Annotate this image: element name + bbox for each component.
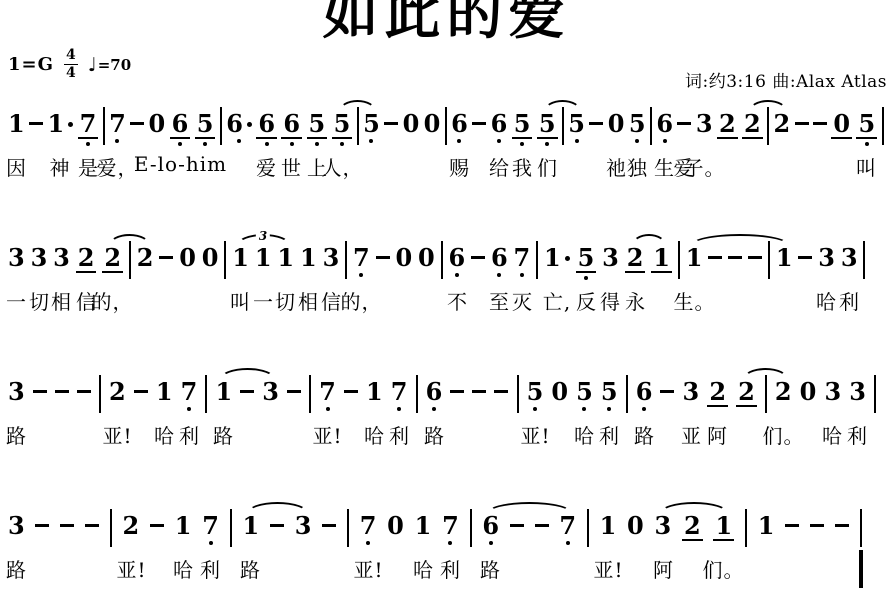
note: 5 [629, 112, 646, 143]
lyric-syllable: 亡, [543, 286, 571, 315]
note: 3 [655, 514, 672, 538]
duration-dash [344, 390, 358, 393]
duration-dash [33, 390, 47, 393]
lyric-syllable: 利 [599, 420, 620, 449]
duration-dash [660, 390, 674, 393]
lyric-syllable: 相 [298, 286, 319, 315]
barline [874, 375, 876, 413]
rest-note: 0 [403, 112, 420, 136]
note: 7 [181, 380, 198, 411]
note: 3 [323, 246, 340, 270]
note: 3 [8, 380, 25, 404]
song-title: 如此的爱 [0, 0, 893, 42]
duration-dash [29, 122, 43, 125]
barline [220, 107, 222, 145]
low-octave-dot [359, 273, 363, 277]
tie-arc [247, 502, 308, 513]
notation-line: 33322200111137006671532111333 [8, 232, 866, 284]
low-octave-dot [663, 139, 667, 143]
note: 6 [281, 112, 302, 146]
note: 3 [849, 380, 866, 404]
lyric-syllable: E-lo-him [134, 152, 227, 176]
note: 7 [78, 112, 99, 146]
quarter-note-icon: ♩ [88, 54, 97, 76]
duration-dash [810, 524, 824, 527]
low-octave-dot [340, 142, 344, 146]
lyric-syllable: 哈 [574, 420, 595, 449]
rest-note: 0 [149, 112, 166, 136]
barline [357, 107, 359, 145]
note: 3 [262, 380, 279, 404]
note: 6 [451, 112, 468, 143]
note: 3 [8, 514, 25, 538]
lyric-syllable: 独 [627, 152, 648, 181]
lyrics-line: 路亚!哈利路亚!哈利路亚!哈利路亚阿们。哈利 [8, 420, 876, 446]
barline [882, 107, 884, 145]
duration-dash [270, 524, 284, 527]
note: 1 [215, 380, 232, 404]
note: 3 [841, 246, 858, 270]
credits: 词:约3:16 曲:Alax Atlas [685, 67, 887, 92]
duration-dash [384, 122, 398, 125]
barline [103, 107, 105, 145]
lyric-syllable: 生。 [674, 286, 716, 315]
key-time-tempo: 1=G 4 4 ♩=70 [8, 48, 131, 82]
system-2: 33322200111137006671532111333一切相信的，叫一切相信… [8, 232, 893, 312]
lyric-syllable: 反 [576, 286, 597, 315]
lyric-syllable: 切 [275, 286, 296, 315]
key-signature: 1=G [8, 54, 54, 75]
low-octave-dot [489, 541, 493, 545]
note: 7 [202, 514, 219, 545]
lyric-syllable: 的， [92, 286, 134, 315]
tie-arc [339, 100, 376, 111]
barline [230, 509, 232, 547]
duration-dash [35, 524, 49, 527]
duration-dash [450, 390, 464, 393]
note: 2 [625, 246, 646, 273]
barline [416, 375, 418, 413]
duration-dash [677, 122, 691, 125]
duration-dash [589, 122, 603, 125]
duration-dash [134, 390, 148, 393]
barline [626, 375, 628, 413]
note: 1 [758, 514, 775, 538]
note: 5 [601, 380, 618, 411]
note: 7 [559, 514, 576, 545]
barline [470, 509, 472, 547]
note: 3 [818, 246, 835, 270]
note: 1 [277, 246, 294, 270]
low-octave-dot [366, 541, 370, 545]
low-octave-dot [497, 273, 501, 277]
note: 3 [696, 112, 713, 136]
duration-dash [795, 122, 809, 125]
note: 1 [415, 514, 432, 538]
tie-arc [743, 368, 788, 379]
note: 3 [53, 246, 70, 270]
note: 3 [31, 246, 48, 270]
note: 2 [707, 380, 728, 407]
barline [345, 241, 347, 279]
tie-arc [487, 502, 572, 513]
duration-dash [159, 256, 173, 259]
low-octave-dot [209, 541, 213, 545]
lyric-syllable: 灭 [512, 286, 533, 315]
lyric-syllable: 亚! [520, 420, 550, 449]
rest-note: 0 [418, 246, 435, 270]
lyric-syllable: 亚! [353, 554, 383, 583]
note: 7 [360, 514, 377, 545]
note: 3 [295, 514, 312, 538]
tie-arc [220, 368, 275, 379]
notation-line: 321713701767103211 [8, 500, 863, 552]
lyric-syllable: 爱 [256, 152, 277, 181]
barline [765, 375, 767, 413]
dotted-note-dot [68, 122, 73, 127]
duration-dash [60, 524, 74, 527]
lyric-syllable: 阿 [707, 420, 728, 449]
lyric-syllable: 子。 [684, 152, 726, 181]
duration-dash [287, 390, 301, 393]
note: 6 [170, 112, 191, 146]
tie-arc [691, 234, 789, 245]
lyric-syllable: 叫 [856, 152, 877, 181]
lyric-syllable: 至 [489, 286, 510, 315]
dotted-note-dot [565, 256, 570, 261]
note: 5 [195, 112, 216, 146]
note: 2 [742, 112, 763, 139]
rest-note: 0 [831, 112, 852, 139]
sheet-music-page: 如此的爱 1=G 4 4 ♩=70 词:约3:16 曲:Alax Atlas 1… [0, 0, 893, 576]
note: 1 [600, 514, 617, 538]
system-4: 321713701767103211路亚!哈利路亚!哈利路亚!阿们。 [8, 500, 893, 580]
low-octave-dot [575, 139, 579, 143]
low-octave-dot [290, 142, 294, 146]
tie-arc [109, 234, 150, 245]
duration-dash [130, 122, 144, 125]
barline [863, 241, 865, 279]
note: 3 [602, 246, 619, 270]
barline [110, 509, 112, 547]
note: 5 [363, 112, 380, 143]
lyric-syllable: 路 [6, 420, 27, 449]
low-octave-dot [315, 142, 319, 146]
duration-dash [785, 524, 799, 527]
note: 2 [774, 112, 791, 136]
rest-note: 0 [800, 380, 817, 404]
lyric-syllable: 利 [389, 420, 410, 449]
note: 6 [226, 112, 252, 143]
barline [205, 375, 207, 413]
time-numerator: 4 [64, 48, 78, 65]
lyric-syllable: 我 [512, 152, 533, 181]
lyric-syllable: 神 [50, 152, 71, 181]
lyric-syllable: 的， [341, 286, 383, 315]
rest-note: 0 [395, 246, 412, 270]
low-octave-dot [448, 541, 452, 545]
tempo-value: =70 [98, 56, 131, 74]
duration-dash [494, 390, 508, 393]
lyric-syllable: 叫 [230, 286, 251, 315]
note: 7 [353, 246, 370, 277]
low-octave-dot [582, 407, 586, 411]
duration-dash [748, 256, 762, 259]
lyric-syllable: 哈 [173, 554, 194, 583]
lyric-syllable: 切 [29, 286, 50, 315]
note: 5 [332, 112, 353, 146]
rest-note: 0 [387, 514, 404, 538]
note: 2 [137, 246, 154, 270]
tie-arc [749, 100, 787, 111]
triplet-number: 3 [256, 229, 270, 243]
lyric-syllable: 哈 [364, 420, 385, 449]
note: 7 [391, 380, 408, 411]
low-octave-dot [265, 142, 269, 146]
low-octave-dot [545, 142, 549, 146]
lyric-syllable: 利 [200, 554, 221, 583]
barline [587, 509, 589, 547]
note: 2 [682, 514, 703, 541]
barline [347, 509, 349, 547]
barline [678, 241, 680, 279]
note: 2 [736, 380, 757, 407]
note: 2 [123, 514, 140, 538]
note: 1 [47, 112, 73, 136]
lyric-syllable: 路 [6, 554, 27, 583]
lyric-syllable: 哈 [816, 286, 837, 315]
lyric-syllable: 们。 [703, 554, 745, 583]
note: 3 [683, 380, 700, 404]
barline [309, 375, 311, 413]
music-systems: 11770656665550066555056322205因神是爱，E-lo-h… [0, 98, 893, 580]
low-octave-dot [455, 273, 459, 277]
barline [767, 107, 769, 145]
notation-line: 3217137176505563222033 [8, 366, 876, 418]
note: 6 [656, 112, 673, 143]
rest-note: 0 [202, 246, 219, 270]
lyric-syllable: 们。 [763, 420, 805, 449]
low-octave-dot [115, 139, 119, 143]
time-denominator: 4 [66, 65, 76, 81]
note: 7 [442, 514, 459, 545]
note: 1 [255, 246, 272, 270]
lyric-syllable: 祂 [606, 152, 627, 181]
duration-dash [77, 390, 91, 393]
low-octave-dot [584, 276, 588, 280]
duration-dash [472, 122, 486, 125]
note: 6 [449, 246, 466, 277]
note: 7 [109, 112, 126, 143]
note: 5 [568, 112, 585, 143]
note: 5 [576, 246, 597, 280]
note: 6 [256, 112, 277, 146]
lyrics-line: 因神是爱，E-lo-him爱世上人，赐给我们祂独生爱子。叫 [8, 152, 884, 178]
rest-note: 0 [551, 380, 568, 404]
barline [99, 375, 101, 413]
lyric-syllable: 赐 [449, 152, 470, 181]
rest-note: 0 [179, 246, 196, 270]
lyric-syllable: 亚! [116, 554, 146, 583]
lyric-syllable: 相 [51, 286, 72, 315]
lyric-syllable: 一 [253, 286, 274, 315]
duration-dash [798, 256, 812, 259]
note: 1 [8, 112, 25, 136]
duration-dash [535, 524, 549, 527]
lyric-syllable: 亚! [102, 420, 132, 449]
lyric-syllable: 哈 [154, 420, 175, 449]
lyric-syllable: 阿 [653, 554, 674, 583]
duration-dash [708, 256, 722, 259]
barline [129, 241, 131, 279]
lyric-syllable: 亚! [312, 420, 342, 449]
lyric-syllable: 因 [6, 152, 27, 181]
low-octave-dot [520, 273, 524, 277]
lyrics-line: 路亚!哈利路亚!哈利路亚!阿们。 [8, 554, 863, 580]
note: 1 [686, 246, 703, 270]
lyric-syllable: 哈 [413, 554, 434, 583]
lyric-syllable: 永 [625, 286, 646, 315]
lyric-syllable: 路 [424, 420, 445, 449]
notation-line: 11770656665550066555056322205 [8, 98, 884, 150]
lyric-syllable: 路 [240, 554, 261, 583]
note: 1 [713, 514, 734, 541]
header-meta: 1=G 4 4 ♩=70 词:约3:16 曲:Alax Atlas [0, 46, 893, 94]
note: 2 [717, 112, 738, 139]
rest-note: 0 [424, 112, 441, 136]
barline [650, 107, 652, 145]
low-octave-dot [533, 407, 537, 411]
barline [441, 241, 443, 279]
note: 7 [514, 246, 531, 277]
duration-dash [150, 524, 164, 527]
duration-dash [835, 524, 849, 527]
note: 5 [512, 112, 533, 146]
lyric-syllable: 利 [847, 420, 868, 449]
lyric-syllable: 路 [634, 420, 655, 449]
note: 1 [651, 246, 672, 273]
barline [768, 241, 770, 279]
low-octave-dot [187, 407, 191, 411]
low-octave-dot [642, 407, 646, 411]
note: 2 [102, 246, 123, 273]
note: 2 [76, 246, 97, 273]
low-octave-dot [432, 407, 436, 411]
time-signature: 4 4 [64, 48, 78, 82]
barline [745, 509, 747, 547]
lyric-syllable: 利 [179, 420, 200, 449]
note: 5 [537, 112, 558, 146]
dotted-note-dot [247, 122, 252, 127]
note: 6 [482, 514, 499, 545]
low-octave-dot [86, 142, 90, 146]
low-octave-dot [457, 139, 461, 143]
note: 1 [776, 246, 793, 270]
lyric-syllable: 人， [322, 152, 364, 181]
note: 1 [300, 246, 317, 270]
note: 5 [576, 380, 593, 411]
lyric-syllable: 爱， [97, 152, 139, 181]
duration-dash [322, 524, 336, 527]
lyric-syllable: 利 [839, 286, 860, 315]
note: 3 [8, 246, 25, 270]
low-octave-dot [520, 142, 524, 146]
note: 5 [307, 112, 328, 146]
low-octave-dot [497, 139, 501, 143]
system-3: 3217137176505563222033路亚!哈利路亚!哈利路亚!哈利路亚阿… [8, 366, 893, 446]
tie-arc [632, 234, 666, 245]
barline [562, 107, 564, 145]
duration-dash [240, 390, 254, 393]
lyric-syllable: 给 [489, 152, 510, 181]
lyric-syllable: 亚 [681, 420, 702, 449]
lyric-syllable: 亚! [593, 554, 623, 583]
low-octave-dot [397, 407, 401, 411]
lyric-syllable: 生 [654, 152, 675, 181]
note: 6 [426, 380, 443, 411]
note: 1 [156, 380, 173, 404]
lyric-syllable: 们 [537, 152, 558, 181]
tie-arc [544, 100, 581, 111]
tempo-marking: ♩=70 [88, 54, 131, 76]
low-octave-dot [607, 407, 611, 411]
note: 2 [775, 380, 792, 404]
lyric-syllable: 得 [600, 286, 621, 315]
duration-dash [813, 122, 827, 125]
low-octave-dot [203, 142, 207, 146]
note: 3 [824, 380, 841, 404]
low-octave-dot [369, 139, 373, 143]
note: 1 [175, 514, 192, 538]
lyric-syllable: 信 [321, 286, 342, 315]
low-octave-dot [865, 142, 869, 146]
duration-dash [471, 256, 485, 259]
lyric-syllable: 一 [6, 286, 27, 315]
lyrics-line: 一切相信的，叫一切相信的，不至灭亡,反得永生。哈利 [8, 286, 866, 312]
duration-dash [472, 390, 486, 393]
barline [536, 241, 538, 279]
tie-arc [660, 502, 728, 513]
lyric-syllable: 哈 [822, 420, 843, 449]
system-1: 11770656665550066555056322205因神是爱，E-lo-h… [8, 98, 893, 178]
note: 6 [636, 380, 653, 411]
low-octave-dot [237, 139, 241, 143]
note: 1 [242, 514, 259, 538]
note: 5 [856, 112, 877, 146]
lyric-syllable: 不 [447, 286, 468, 315]
low-octave-dot [635, 139, 639, 143]
lyric-syllable: 路 [213, 420, 234, 449]
note: 1 [544, 246, 570, 270]
duration-dash [85, 524, 99, 527]
duration-dash [376, 256, 390, 259]
lyric-syllable: 利 [440, 554, 461, 583]
lyric-syllable: 路 [480, 554, 501, 583]
note: 6 [491, 112, 508, 143]
note: 5 [527, 380, 544, 411]
note: 6 [491, 246, 508, 277]
note: 2 [109, 380, 126, 404]
barline [445, 107, 447, 145]
barline [517, 375, 519, 413]
low-octave-dot [178, 142, 182, 146]
duration-dash [728, 256, 742, 259]
low-octave-dot [566, 541, 570, 545]
note: 7 [319, 380, 336, 411]
duration-dash [510, 524, 524, 527]
low-octave-dot [326, 407, 330, 411]
rest-note: 0 [608, 112, 625, 136]
